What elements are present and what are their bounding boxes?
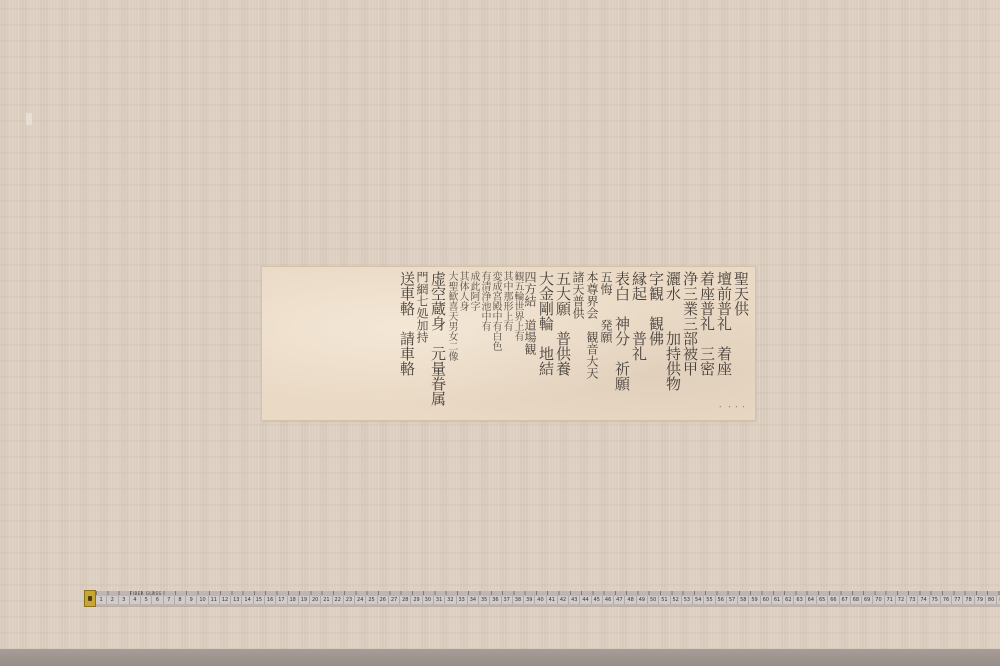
ruler-number: 20 [310, 596, 321, 604]
ruler-number: 11 [209, 596, 220, 604]
ruler-number: 38 [513, 596, 524, 604]
ruler-number: 57 [727, 596, 738, 604]
ruler-number: 30 [423, 596, 434, 604]
manuscript-column: 有清浄池中有 [479, 271, 490, 417]
ruler-number: 47 [614, 596, 625, 604]
ruler-number: 40 [535, 596, 546, 604]
ruler-number: 33 [457, 596, 468, 604]
ruler-number: 44 [580, 596, 591, 604]
ruler-number: 63 [794, 596, 805, 604]
manuscript-column: 大聖歓喜天男女二像 [446, 271, 457, 417]
ruler-number: 48 [625, 596, 636, 604]
ruler-number: 79 [975, 596, 986, 604]
tape-clip-icon [84, 590, 96, 607]
floor-surface [0, 649, 1000, 666]
manuscript-column: 五大願 普供養 [554, 271, 571, 417]
ruler-number: 2 [107, 596, 118, 604]
ruler-number: 36 [490, 596, 501, 604]
ruler-number: 28 [400, 596, 411, 604]
ruler-number: 23 [344, 596, 355, 604]
ruler-number: 72 [896, 596, 907, 604]
manuscript-column: 五悔 発願 [599, 271, 613, 417]
manuscript-column: 虚空蔵身 元量眷属 [429, 271, 446, 417]
ruler-number: 17 [276, 596, 287, 604]
manuscript-column: 着座普礼 三密 [698, 271, 715, 417]
ruler-number: 77 [952, 596, 963, 604]
ruler-number: 25 [366, 596, 377, 604]
ruler-number: 14 [242, 596, 253, 604]
ruler-number: 9 [186, 596, 197, 604]
ruler-number: 61 [772, 596, 783, 604]
manuscript-column: 変成宮殿中有白色 [490, 271, 501, 417]
manuscript-column: 其体人身 [457, 271, 468, 417]
ruler-number: 55 [704, 596, 715, 604]
manuscript-column: 本尊界会 観音大天 [585, 271, 599, 417]
ruler-number: 71 [885, 596, 896, 604]
ruler-number: 1 [96, 596, 107, 604]
measuring-tape: 1234567891011121314151617181920212223242… [84, 591, 1000, 606]
ruler-number: 37 [502, 596, 513, 604]
ruler-number: 43 [569, 596, 580, 604]
ruler-number: 35 [479, 596, 490, 604]
ruler-number: 73 [907, 596, 918, 604]
ruler-number: 78 [963, 596, 974, 604]
ruler-number: 67 [840, 596, 851, 604]
mounting-board: 聖天供壇前普礼 着座着座普礼 三密浄三業三部被甲灑水 加持供物字観 観佛縁起 普… [0, 0, 1000, 650]
ruler-number: 16 [265, 596, 276, 604]
ruler-number: 8 [175, 596, 186, 604]
mount-speck [26, 113, 32, 125]
ruler-number: 4 [130, 596, 141, 604]
ruler-number: 49 [637, 596, 648, 604]
ruler-number: 80 [986, 596, 997, 604]
ruler-ticks: 1234567891011121314151617181920212223242… [96, 591, 1000, 606]
manuscript-column: 聖天供 [732, 271, 749, 417]
ruler-label: FIBER GLASS [130, 591, 162, 596]
manuscript-column: 縁起 普礼 [630, 271, 647, 417]
ruler-number: 69 [862, 596, 873, 604]
manuscript-document: 聖天供壇前普礼 着座着座普礼 三密浄三業三部被甲灑水 加持供物字観 観佛縁起 普… [262, 267, 755, 420]
manuscript-column: 其中那形上有 [501, 271, 512, 417]
manuscript-column: 四方結 道場観 [523, 271, 537, 417]
ruler-number: 68 [851, 596, 862, 604]
ruler-number: 74 [918, 596, 929, 604]
ruler-number: 59 [749, 596, 760, 604]
ruler-number: 15 [254, 596, 265, 604]
ruler-number: 76 [941, 596, 952, 604]
manuscript-column: 大金剛輪 地結 [537, 271, 554, 417]
ruler-number: 42 [558, 596, 569, 604]
manuscript-text-columns: 聖天供壇前普礼 着座着座普礼 三密浄三業三部被甲灑水 加持供物字観 観佛縁起 普… [398, 271, 749, 417]
corner-mark: ・ ・・・ [717, 402, 747, 412]
ruler-number: 52 [671, 596, 682, 604]
ruler-number: 39 [524, 596, 535, 604]
ruler-number: 12 [220, 596, 231, 604]
manuscript-column: 諸天普供 [571, 271, 585, 417]
manuscript-column: 表白 神分 祈願 [613, 271, 630, 417]
manuscript-column: 観五輪世界上有 [512, 271, 523, 417]
ruler-number: 70 [873, 596, 884, 604]
manuscript-column: 壇前普礼 着座 [715, 271, 732, 417]
ruler-number: 34 [468, 596, 479, 604]
ruler-number: 66 [828, 596, 839, 604]
ruler-number: 7 [164, 596, 175, 604]
ruler-number: 18 [288, 596, 299, 604]
ruler-number: 6 [152, 596, 163, 604]
manuscript-column: 成此阿字 [468, 271, 479, 417]
ruler-number: 21 [321, 596, 332, 604]
ruler-number: 53 [682, 596, 693, 604]
ruler-number: 58 [738, 596, 749, 604]
ruler-number: 56 [716, 596, 727, 604]
ruler-number: 5 [141, 596, 152, 604]
ruler-number: 41 [547, 596, 558, 604]
ruler-number: 32 [445, 596, 456, 604]
ruler-number: 31 [434, 596, 445, 604]
ruler-number: 29 [411, 596, 422, 604]
ruler-number: 27 [389, 596, 400, 604]
manuscript-column: 門網七処加持 [415, 271, 429, 417]
ruler-numbers: 1234567891011121314151617181920212223242… [96, 596, 1000, 604]
ruler-number: 26 [378, 596, 389, 604]
ruler-number: 45 [592, 596, 603, 604]
ruler-number: 75 [930, 596, 941, 604]
manuscript-column: 送車輅 請車輅 [398, 271, 415, 417]
ruler-number: 62 [783, 596, 794, 604]
ruler-number: 50 [648, 596, 659, 604]
ruler-number: 46 [603, 596, 614, 604]
manuscript-column: 字観 観佛 [647, 271, 664, 417]
ruler-number: 65 [817, 596, 828, 604]
ruler-number: 13 [231, 596, 242, 604]
ruler-number: 54 [693, 596, 704, 604]
ruler-number: 19 [299, 596, 310, 604]
ruler-number: 64 [806, 596, 817, 604]
ruler-number: 10 [197, 596, 208, 604]
manuscript-column: 浄三業三部被甲 [681, 271, 698, 417]
ruler-number: 60 [761, 596, 772, 604]
ruler-number: 51 [659, 596, 670, 604]
ruler-number: 3 [119, 596, 130, 604]
ruler-number: 22 [333, 596, 344, 604]
manuscript-column: 灑水 加持供物 [664, 271, 681, 417]
ruler-number: 24 [355, 596, 366, 604]
